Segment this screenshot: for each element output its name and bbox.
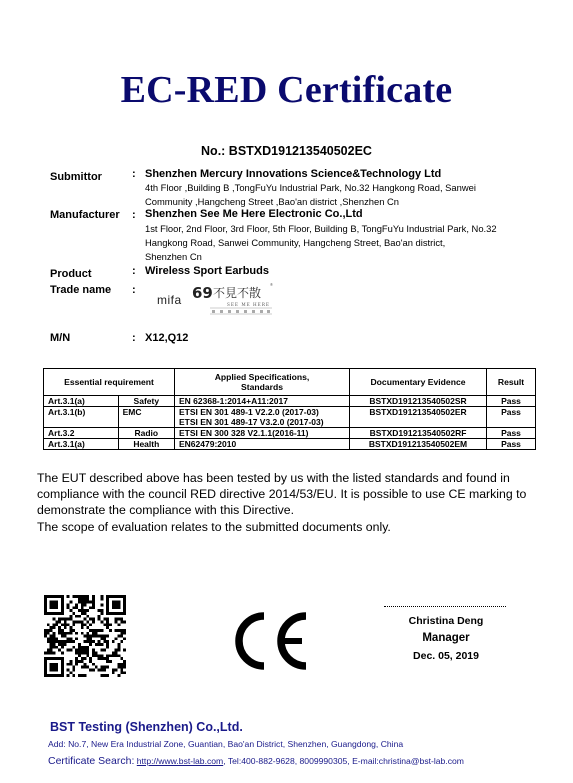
model-number-value: X12,Q12	[145, 332, 188, 344]
svg-text:SEE ME HERE: SEE ME HERE	[227, 302, 270, 307]
svg-text:®: ®	[270, 282, 273, 287]
logo-chinese-text: 不見不散	[213, 285, 261, 300]
standard-line: EN62479:2010	[179, 439, 345, 449]
article-cell: Art.3.1(a)	[44, 396, 119, 407]
address-line: Hangkong Road, Sanwei Community, Hangche…	[145, 236, 535, 250]
compliance-statement: The EUT described above has been tested …	[37, 470, 547, 535]
signatory-name: Christina Deng	[366, 615, 526, 627]
svg-text:69: 69	[192, 284, 213, 302]
result-cell: Pass	[487, 428, 536, 439]
address-line: 4th Floor ,Building B ,TongFuYu Industri…	[145, 181, 535, 195]
standard-line: ETSI EN 301 489-17 V3.2.0 (2017-03)	[179, 417, 345, 427]
header-specifications-line: Standards	[179, 382, 345, 392]
statement-line: The EUT described above has been tested …	[37, 470, 547, 486]
statement-line: The scope of evaluation relates to the s…	[37, 519, 547, 535]
certificate-title: EC-RED Certificate	[0, 68, 573, 112]
category-cell: Radio	[118, 428, 174, 439]
trade-name-label: Trade name	[50, 284, 111, 296]
evidence-cell: BSTXD191213540502RF	[350, 428, 487, 439]
manufacturer-address: 1st Floor, 2nd Floor, 3rd Floor, 5th Flo…	[145, 222, 535, 264]
submittor-colon: :	[132, 168, 136, 180]
model-number-label: M/N	[50, 332, 70, 344]
requirements-table: Essential requirement Applied Specificat…	[43, 368, 536, 450]
category-cell: EMC	[118, 407, 174, 428]
certificate-search-label: Certificate Search:	[48, 755, 134, 767]
submittor-address: 4th Floor ,Building B ,TongFuYu Industri…	[145, 181, 535, 209]
signature-date: Dec. 05, 2019	[366, 650, 526, 662]
category-cell: Safety	[118, 396, 174, 407]
article-cell: Art.3.1(b)	[44, 407, 119, 428]
statement-line: compliance with the council RED directiv…	[37, 486, 547, 502]
result-cell: Pass	[487, 439, 536, 450]
address-line: 1st Floor, 2nd Floor, 3rd Floor, 5th Flo…	[145, 222, 535, 236]
standard-line: ETSI EN 300 328 V2.1.1(2016-11)	[179, 428, 345, 438]
header-specifications-line: Applied Specifications,	[179, 372, 345, 382]
result-cell: Pass	[487, 396, 536, 407]
standard-line: EN 62368-1:2014+A11:2017	[179, 396, 345, 406]
article-cell: Art.3.1(a)	[44, 439, 119, 450]
evidence-cell: BSTXD191213540502EM	[350, 439, 487, 450]
bst-lab-link[interactable]: http://www.bst-lab.com	[137, 756, 223, 766]
product-value: Wireless Sport Earbuds	[145, 265, 269, 277]
table-row: Art.3.1(a)HealthEN62479:2010BSTXD1912135…	[44, 439, 536, 450]
evidence-cell: BSTXD191213540502ER	[350, 407, 487, 428]
trade-name-colon: :	[132, 284, 136, 296]
submittor-name: Shenzhen Mercury Innovations Science&Tec…	[145, 168, 441, 180]
header-result: Result	[487, 369, 536, 396]
category-cell: Health	[118, 439, 174, 450]
mifa-brand-text: mifa	[157, 293, 182, 307]
footer-address: Add: No.7, New Era Industrial Zone, Guan…	[48, 739, 403, 749]
ce-mark-icon	[228, 610, 310, 672]
footer-company: BST Testing (Shenzhen) Co.,Ltd.	[50, 720, 243, 734]
product-colon: :	[132, 265, 136, 277]
certificate-number: No.: BSTXD191213540502EC	[0, 144, 573, 158]
standards-cell: ETSI EN 301 489-1 V2.2.0 (2017-03)ETSI E…	[175, 407, 350, 428]
address-line: Shenzhen Cn	[145, 250, 535, 264]
manufacturer-label: Manufacturer	[50, 209, 120, 221]
submittor-label: Submittor	[50, 171, 102, 183]
table-row: Art.3.1(a)SafetyEN 62368-1:2014+A11:2017…	[44, 396, 536, 407]
evidence-cell: BSTXD191213540502SR	[350, 396, 487, 407]
table-header-row: Essential requirement Applied Specificat…	[44, 369, 536, 396]
standards-cell: EN 62368-1:2014+A11:2017	[175, 396, 350, 407]
signatory-role: Manager	[366, 632, 526, 644]
qr-code-icon	[43, 595, 127, 677]
standards-cell: EN62479:2010	[175, 439, 350, 450]
footer-contact: Certificate Search: http://www.bst-lab.c…	[48, 755, 464, 767]
table-row: Art.3.2RadioETSI EN 300 328 V2.1.1(2016-…	[44, 428, 536, 439]
manufacturer-colon: :	[132, 209, 136, 221]
header-evidence: Documentary Evidence	[350, 369, 487, 396]
product-label: Product	[50, 268, 92, 280]
footer-contact-details: , Tel:400-882-9628, 8009990305, E-mail:c…	[223, 756, 464, 766]
statement-line: demonstrate the compliance with this Dir…	[37, 502, 547, 518]
signature-line	[384, 606, 506, 607]
result-cell: Pass	[487, 407, 536, 428]
table-row: Art.3.1(b)EMCETSI EN 301 489-1 V2.2.0 (2…	[44, 407, 536, 428]
header-specifications: Applied Specifications, Standards	[175, 369, 350, 396]
see-me-here-logo-icon: 69 不見不散 ® SEE ME HERE	[192, 281, 274, 317]
model-number-colon: :	[132, 332, 136, 344]
standards-cell: ETSI EN 300 328 V2.1.1(2016-11)	[175, 428, 350, 439]
address-line: Community ,Hangcheng Street ,Bao'an dist…	[145, 195, 535, 209]
article-cell: Art.3.2	[44, 428, 119, 439]
manufacturer-name: Shenzhen See Me Here Electronic Co.,Ltd	[145, 208, 363, 220]
header-requirement: Essential requirement	[44, 369, 175, 396]
standard-line: ETSI EN 301 489-1 V2.2.0 (2017-03)	[179, 407, 345, 417]
